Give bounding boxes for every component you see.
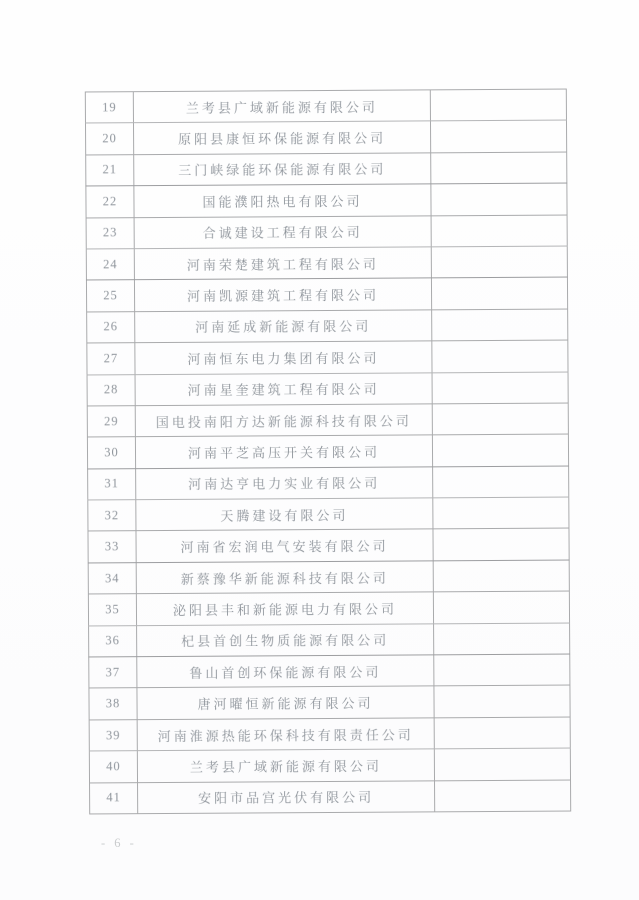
row-number: 38 (89, 688, 137, 720)
row-number: 30 (87, 437, 135, 469)
table-row: 40兰考县广域新能源有限公司 (89, 748, 570, 782)
table-row: 32天腾建设有限公司 (88, 497, 569, 531)
table-row: 21三门峡绿能环保能源有限公司 (86, 152, 567, 186)
table-row: 19兰考县广域新能源有限公司 (85, 89, 566, 123)
company-name: 河南延成新能源有限公司 (135, 310, 432, 343)
note-cell (432, 403, 568, 435)
note-cell (432, 309, 568, 341)
table-row: 41安阳市品宫光伏有限公司 (90, 780, 571, 814)
table-row: 27河南恒东电力集团有限公司 (87, 340, 568, 374)
note-cell (434, 748, 570, 780)
company-name: 原阳县康恒环保能源有限公司 (133, 121, 430, 154)
note-cell (435, 780, 571, 812)
table-row: 28河南星奎建筑工程有限公司 (87, 372, 568, 406)
row-number: 39 (89, 719, 137, 751)
company-name: 兰考县广域新能源有限公司 (137, 749, 434, 782)
company-name: 河南平芝高压开关有限公司 (135, 435, 432, 468)
table-row: 20原阳县康恒环保能源有限公司 (85, 120, 566, 154)
company-name: 鲁山首创环保能源有限公司 (137, 655, 434, 688)
company-name: 河南荣楚建筑工程有限公司 (134, 247, 431, 280)
row-number: 32 (88, 500, 136, 532)
company-table: 19兰考县广域新能源有限公司20原阳县康恒环保能源有限公司21三门峡绿能环保能源… (85, 89, 571, 815)
company-name: 河南达亨电力实业有限公司 (136, 467, 433, 500)
company-name: 河南恒东电力集团有限公司 (135, 341, 432, 374)
company-table-body: 19兰考县广域新能源有限公司20原阳县康恒环保能源有限公司21三门峡绿能环保能源… (85, 89, 570, 814)
company-name: 杞县首创生物质能源有限公司 (137, 623, 434, 656)
note-cell (432, 372, 568, 404)
row-number: 20 (85, 123, 133, 155)
note-cell (433, 497, 569, 529)
company-name: 国电投南阳方达新能源科技有限公司 (135, 404, 432, 437)
note-cell (431, 183, 567, 215)
table-row: 30河南平芝高压开关有限公司 (87, 434, 568, 468)
row-number: 37 (89, 657, 137, 689)
company-name: 泌阳县丰和新能源电力有限公司 (136, 592, 433, 625)
note-cell (433, 560, 569, 592)
table-row: 26河南延成新能源有限公司 (87, 309, 568, 343)
note-cell (432, 434, 568, 466)
company-name: 合诚建设工程有限公司 (134, 215, 431, 248)
table-row: 34新蔡豫华新能源科技有限公司 (88, 560, 569, 594)
row-number: 31 (88, 468, 136, 500)
row-number: 23 (86, 217, 134, 249)
note-cell (431, 277, 567, 309)
note-cell (434, 685, 570, 717)
document-page: 19兰考县广域新能源有限公司20原阳县康恒环保能源有限公司21三门峡绿能环保能源… (0, 0, 639, 900)
table-row: 38唐河曜恒新能源有限公司 (89, 685, 570, 719)
note-cell (434, 717, 570, 749)
note-cell (432, 340, 568, 372)
note-cell (431, 152, 567, 184)
company-name: 唐河曜恒新能源有限公司 (137, 686, 434, 719)
table-row: 25河南凯源建筑工程有限公司 (86, 277, 567, 311)
company-name: 国能濮阳热电有限公司 (134, 184, 431, 217)
table-row: 39河南淮源热能环保科技有限责任公司 (89, 717, 570, 751)
note-cell (430, 120, 566, 152)
table-row: 36杞县首创生物质能源有限公司 (89, 623, 570, 657)
row-number: 34 (88, 563, 136, 595)
table-row: 29国电投南阳方达新能源科技有限公司 (87, 403, 568, 437)
note-cell (433, 591, 569, 623)
company-name: 兰考县广域新能源有限公司 (133, 90, 430, 123)
table-row: 22国能濮阳热电有限公司 (86, 183, 567, 217)
note-cell (433, 466, 569, 498)
row-number: 29 (87, 406, 135, 438)
note-cell (430, 89, 566, 121)
row-number: 27 (87, 343, 135, 375)
table-row: 23合诚建设工程有限公司 (86, 215, 567, 249)
row-number: 35 (88, 594, 136, 626)
company-name: 河南省宏润电气安装有限公司 (136, 529, 433, 562)
company-name: 安阳市品宫光伏有限公司 (138, 780, 435, 813)
company-name: 三门峡绿能环保能源有限公司 (134, 153, 431, 186)
row-number: 24 (86, 249, 134, 281)
row-number: 25 (86, 280, 134, 312)
row-number: 28 (87, 374, 135, 406)
note-cell (434, 654, 570, 686)
row-number: 22 (86, 186, 134, 218)
row-number: 33 (88, 531, 136, 563)
note-cell (433, 528, 569, 560)
row-number: 36 (89, 625, 137, 657)
table-row: 35泌阳县丰和新能源电力有限公司 (88, 591, 569, 625)
row-number: 41 (90, 782, 138, 814)
note-cell (431, 246, 567, 278)
table-row: 33河南省宏润电气安装有限公司 (88, 528, 569, 562)
row-number: 19 (85, 92, 133, 124)
company-name: 河南淮源热能环保科技有限责任公司 (137, 718, 434, 751)
row-number: 40 (89, 751, 137, 783)
row-number: 21 (86, 154, 134, 186)
table-row: 24河南荣楚建筑工程有限公司 (86, 246, 567, 280)
row-number: 26 (87, 311, 135, 343)
table-row: 31河南达亨电力实业有限公司 (88, 466, 569, 500)
company-name: 天腾建设有限公司 (136, 498, 433, 531)
company-name: 河南星奎建筑工程有限公司 (135, 372, 432, 405)
company-name: 河南凯源建筑工程有限公司 (134, 278, 431, 311)
table-row: 37鲁山首创环保能源有限公司 (89, 654, 570, 688)
note-cell (434, 623, 570, 655)
company-name: 新蔡豫华新能源科技有限公司 (136, 561, 433, 594)
note-cell (431, 215, 567, 247)
page-number: - 6 - (101, 836, 137, 851)
